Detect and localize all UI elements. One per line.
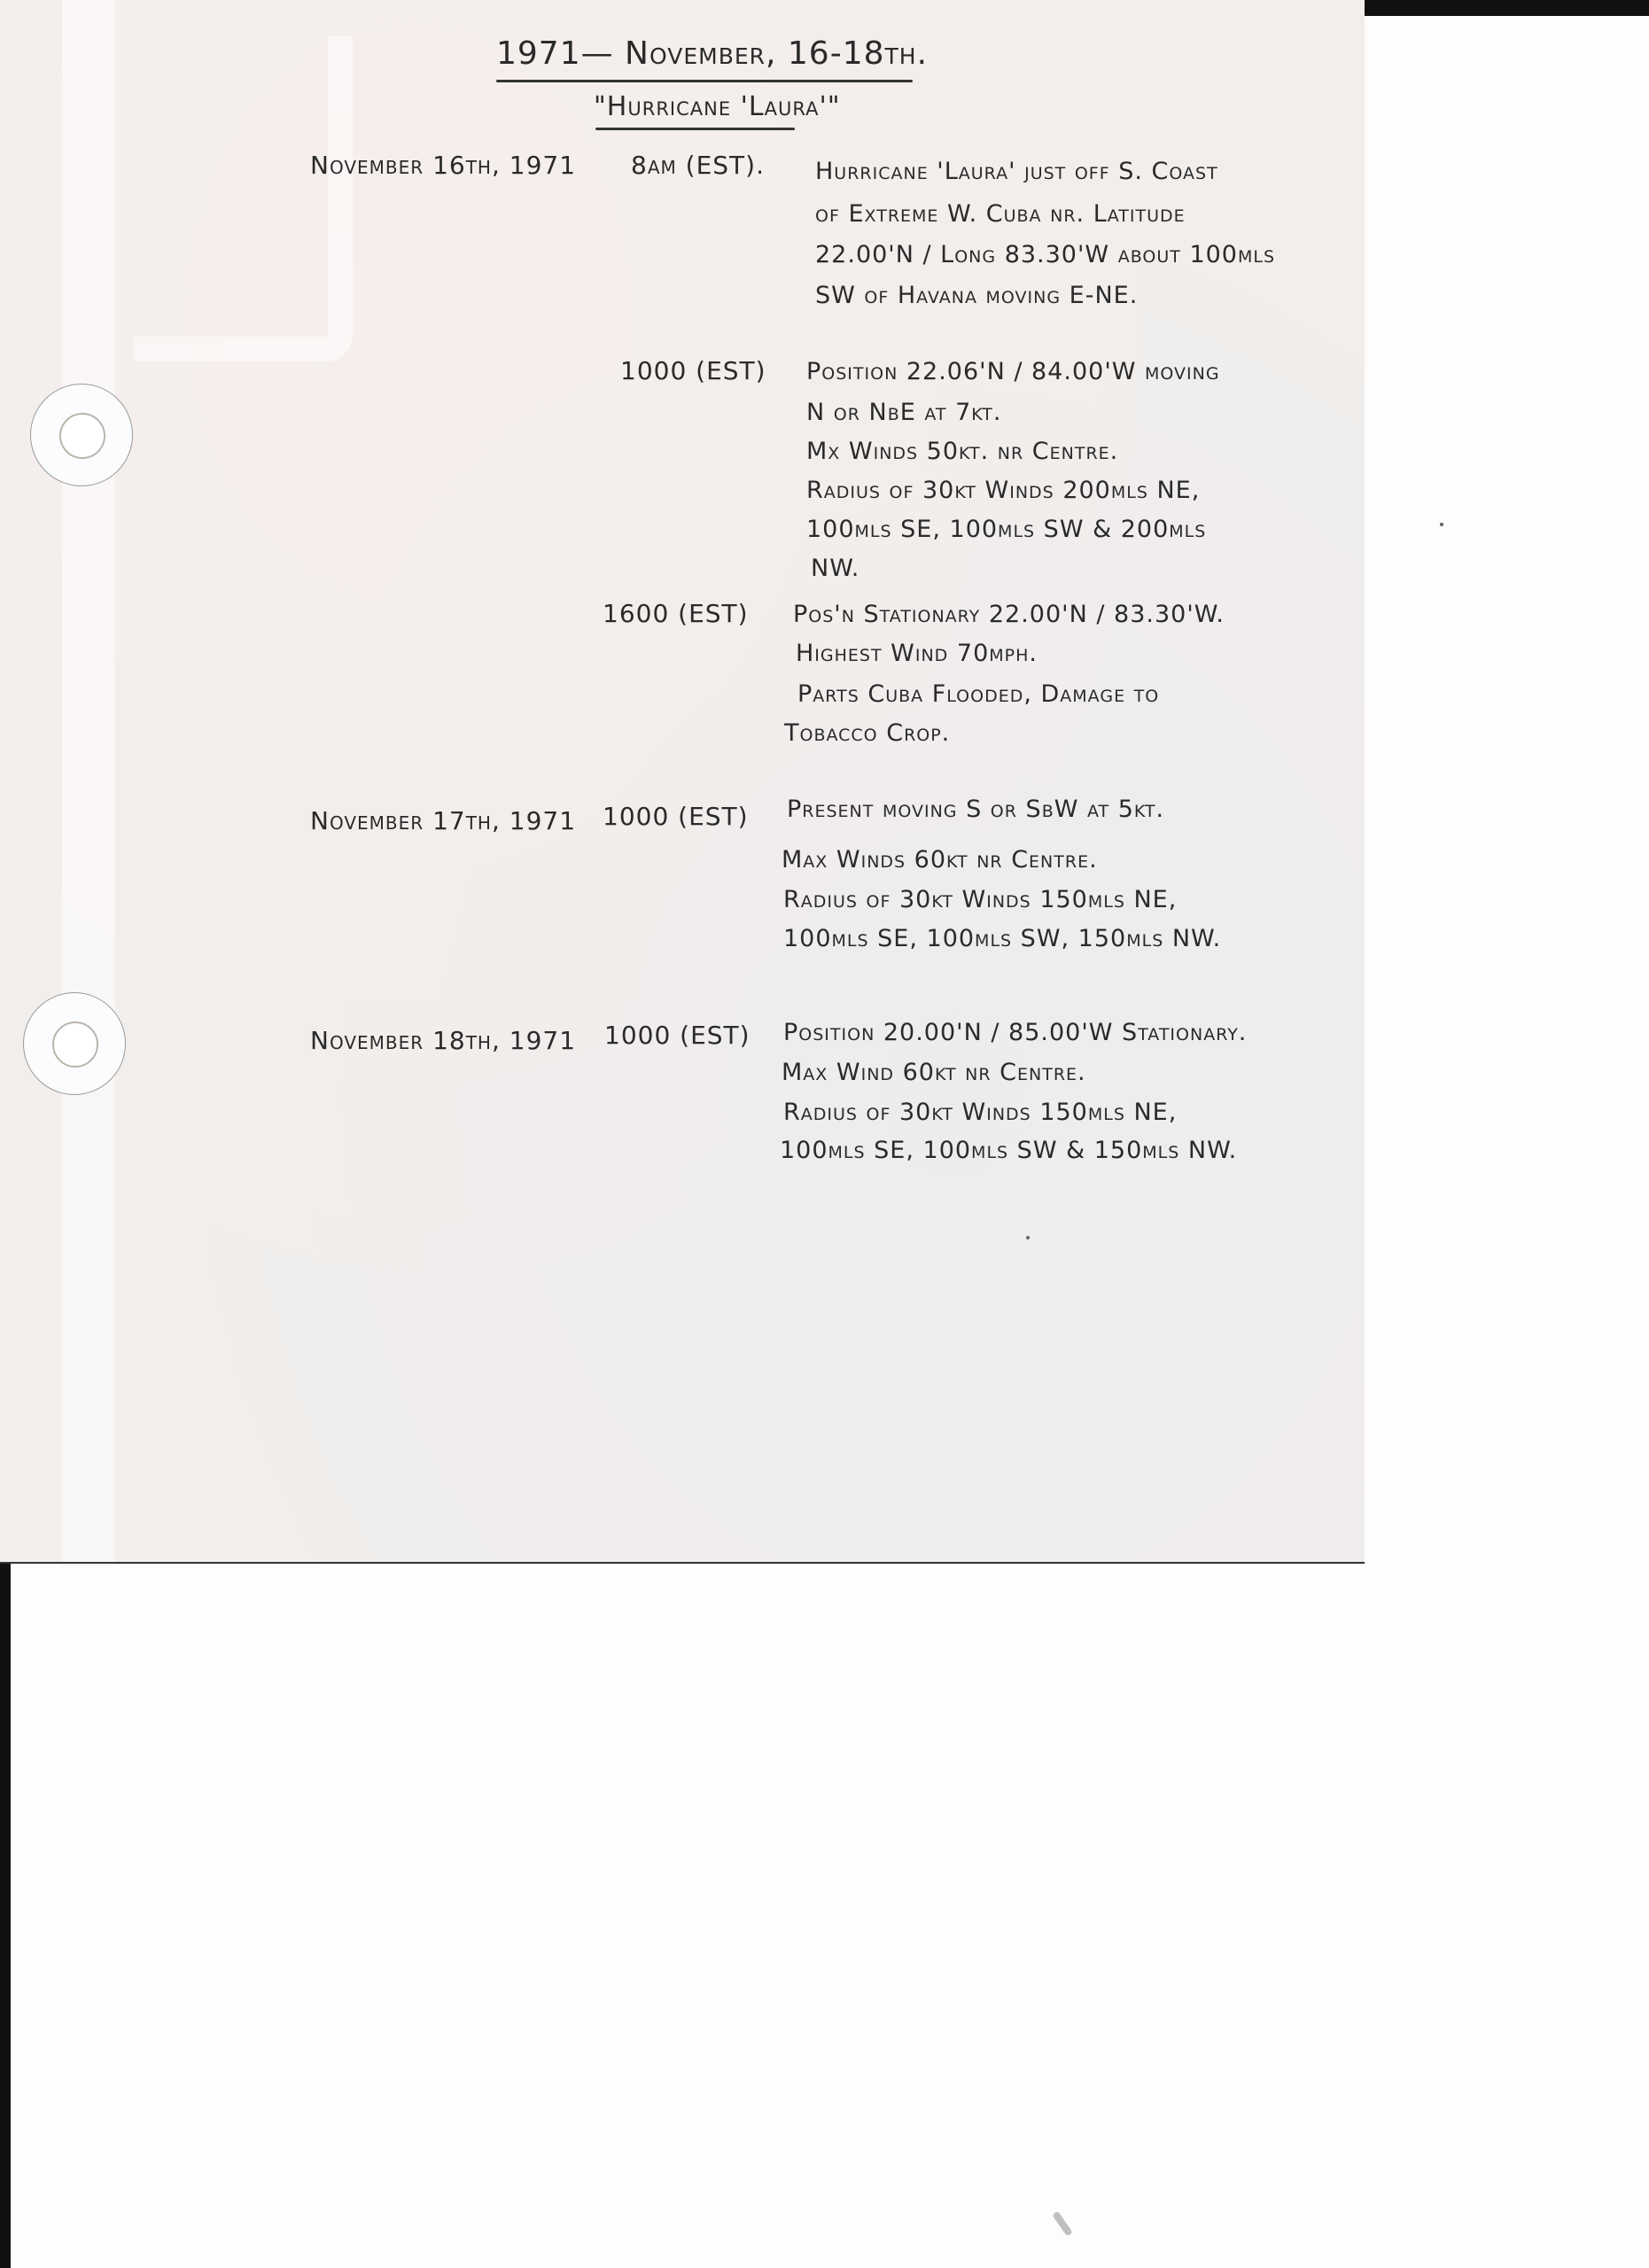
entry-line: 100mls SE, 100mls SW & 200mls xyxy=(806,516,1206,543)
entry-line: Mx Winds 50kt. nr Centre. xyxy=(806,438,1118,465)
entry-line: Present moving S or SbW at 5kt. xyxy=(787,796,1164,823)
entry-line: Position 22.06'N / 84.00'W moving xyxy=(806,358,1220,385)
entry-line: NW. xyxy=(811,555,860,582)
page-subtitle: "Hurricane 'Laura'" xyxy=(594,91,841,122)
entry-line: Max Winds 60kt nr Centre. xyxy=(782,846,1098,874)
entry-line: Pos'n Stationary 22.00'N / 83.30'W. xyxy=(793,601,1225,628)
entry-line: Radius of 30kt Winds 150mls NE, xyxy=(783,886,1177,913)
title-underline xyxy=(496,80,913,82)
entry-line: N or NbE at 7kt. xyxy=(806,399,1001,426)
entry-line: 100mls SE, 100mls SW, 150mls NW. xyxy=(783,925,1221,952)
binder-hole-reinforcement-icon xyxy=(23,992,126,1095)
scanner-edge-left xyxy=(0,1562,11,2268)
ink-speck xyxy=(1026,1236,1030,1239)
entry-line: SW of Havana moving E-NE. xyxy=(815,282,1138,309)
entry-line: Tobacco Crop. xyxy=(784,719,950,747)
entry-line: Hurricane 'Laura' just off S. Coast xyxy=(815,158,1218,185)
entry-line: Max Wind 60kt nr Centre. xyxy=(782,1059,1086,1086)
entry-time: 1000 (EST) xyxy=(603,802,749,831)
entry-time: 1000 (EST) xyxy=(604,1021,751,1050)
entry-line: Radius of 30kt Winds 150mls NE, xyxy=(783,1099,1177,1126)
entry-time: 1600 (EST) xyxy=(603,599,749,628)
entry-date: November 18th, 1971 xyxy=(310,1026,576,1055)
entry-line: Position 20.00'N / 85.00'W Stationary. xyxy=(783,1019,1247,1046)
entry-line: Highest Wind 70mph. xyxy=(796,640,1038,667)
entry-date: November 16th, 1971 xyxy=(310,151,576,180)
entry-line: Parts Cuba Flooded, Damage to xyxy=(797,680,1159,708)
subtitle-underline xyxy=(595,128,795,130)
handwritten-page: 1971— November, 16-18th. "Hurricane 'Lau… xyxy=(0,0,1365,1564)
entry-line: 22.00'N / Long 83.30'W about 100mls xyxy=(815,241,1275,268)
show-through-strip xyxy=(62,0,115,1562)
page-title: 1971— November, 16-18th. xyxy=(496,35,928,72)
entry-line: of Extreme W. Cuba nr. Latitude xyxy=(815,200,1186,228)
entry-line: 100mls SE, 100mls SW & 150mls NW. xyxy=(780,1137,1237,1164)
scanner-edge-top xyxy=(1365,0,1649,16)
show-through-shape xyxy=(133,35,353,361)
scan-dust-mark xyxy=(1052,2210,1073,2236)
entry-line: Radius of 30kt Winds 200mls NE, xyxy=(806,477,1200,504)
binder-hole-reinforcement-icon xyxy=(30,384,133,486)
ink-speck xyxy=(1440,523,1443,526)
entry-date: November 17th, 1971 xyxy=(310,806,576,835)
entry-time: 8am (EST). xyxy=(631,151,765,180)
entry-time: 1000 (EST) xyxy=(620,356,766,385)
